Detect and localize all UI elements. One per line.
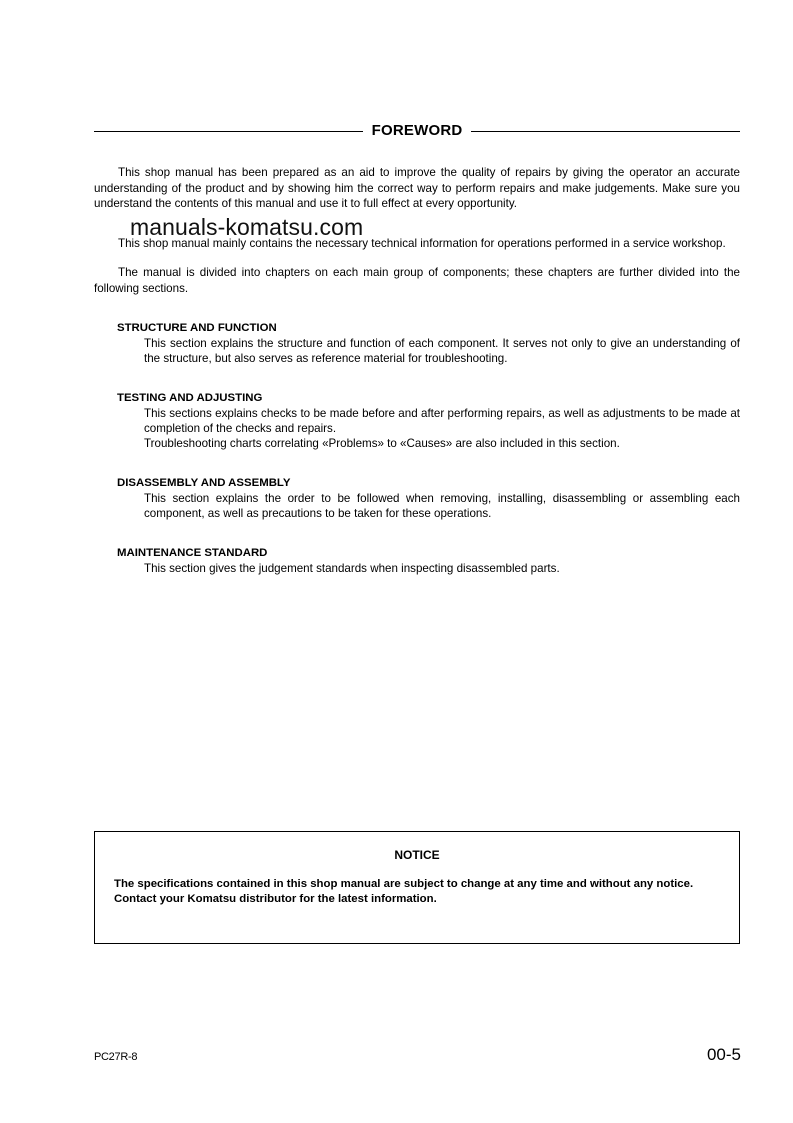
section-body: This sections explains checks to be made… (117, 406, 740, 436)
intro-paragraph-1: This shop manual has been prepared as an… (94, 165, 740, 212)
notice-body: The specifications contained in this sho… (114, 877, 721, 906)
notice-title: NOTICE (95, 847, 739, 863)
section-heading: MAINTENANCE STANDARD (117, 546, 740, 561)
intro-paragraph-3: The manual is divided into chapters on e… (94, 265, 740, 296)
footer-model: PC27R-8 (94, 1050, 137, 1064)
title-rule-left (94, 131, 363, 132)
notice-box: NOTICE The specifications contained in t… (94, 831, 740, 944)
title-rule-right (471, 131, 740, 132)
page-title-row: FOREWORD (94, 121, 740, 141)
section-maintenance-standard: MAINTENANCE STANDARD This section gives … (117, 546, 740, 576)
section-heading: STRUCTURE AND FUNCTION (117, 321, 740, 336)
section-heading: DISASSEMBLY AND ASSEMBLY (117, 476, 740, 491)
section-disassembly-and-assembly: DISASSEMBLY AND ASSEMBLY This section ex… (117, 476, 740, 521)
section-heading: TESTING AND ADJUSTING (117, 391, 740, 406)
footer-page-number: 00-5 (707, 1045, 741, 1065)
section-body: This section explains the order to be fo… (117, 491, 740, 521)
section-testing-and-adjusting: TESTING AND ADJUSTING This sections expl… (117, 391, 740, 452)
section-body: This section explains the structure and … (117, 336, 740, 366)
notice-line-1: The specifications contained in this sho… (114, 877, 721, 892)
watermark: manuals-komatsu.com (130, 214, 363, 240)
page-title: FOREWORD (363, 121, 472, 141)
section-body: Troubleshooting charts correlating «Prob… (117, 436, 740, 451)
notice-line-2: Contact your Komatsu distributor for the… (114, 892, 721, 907)
section-body: This section gives the judgement standar… (117, 561, 740, 576)
section-structure-and-function: STRUCTURE AND FUNCTION This section expl… (117, 321, 740, 366)
